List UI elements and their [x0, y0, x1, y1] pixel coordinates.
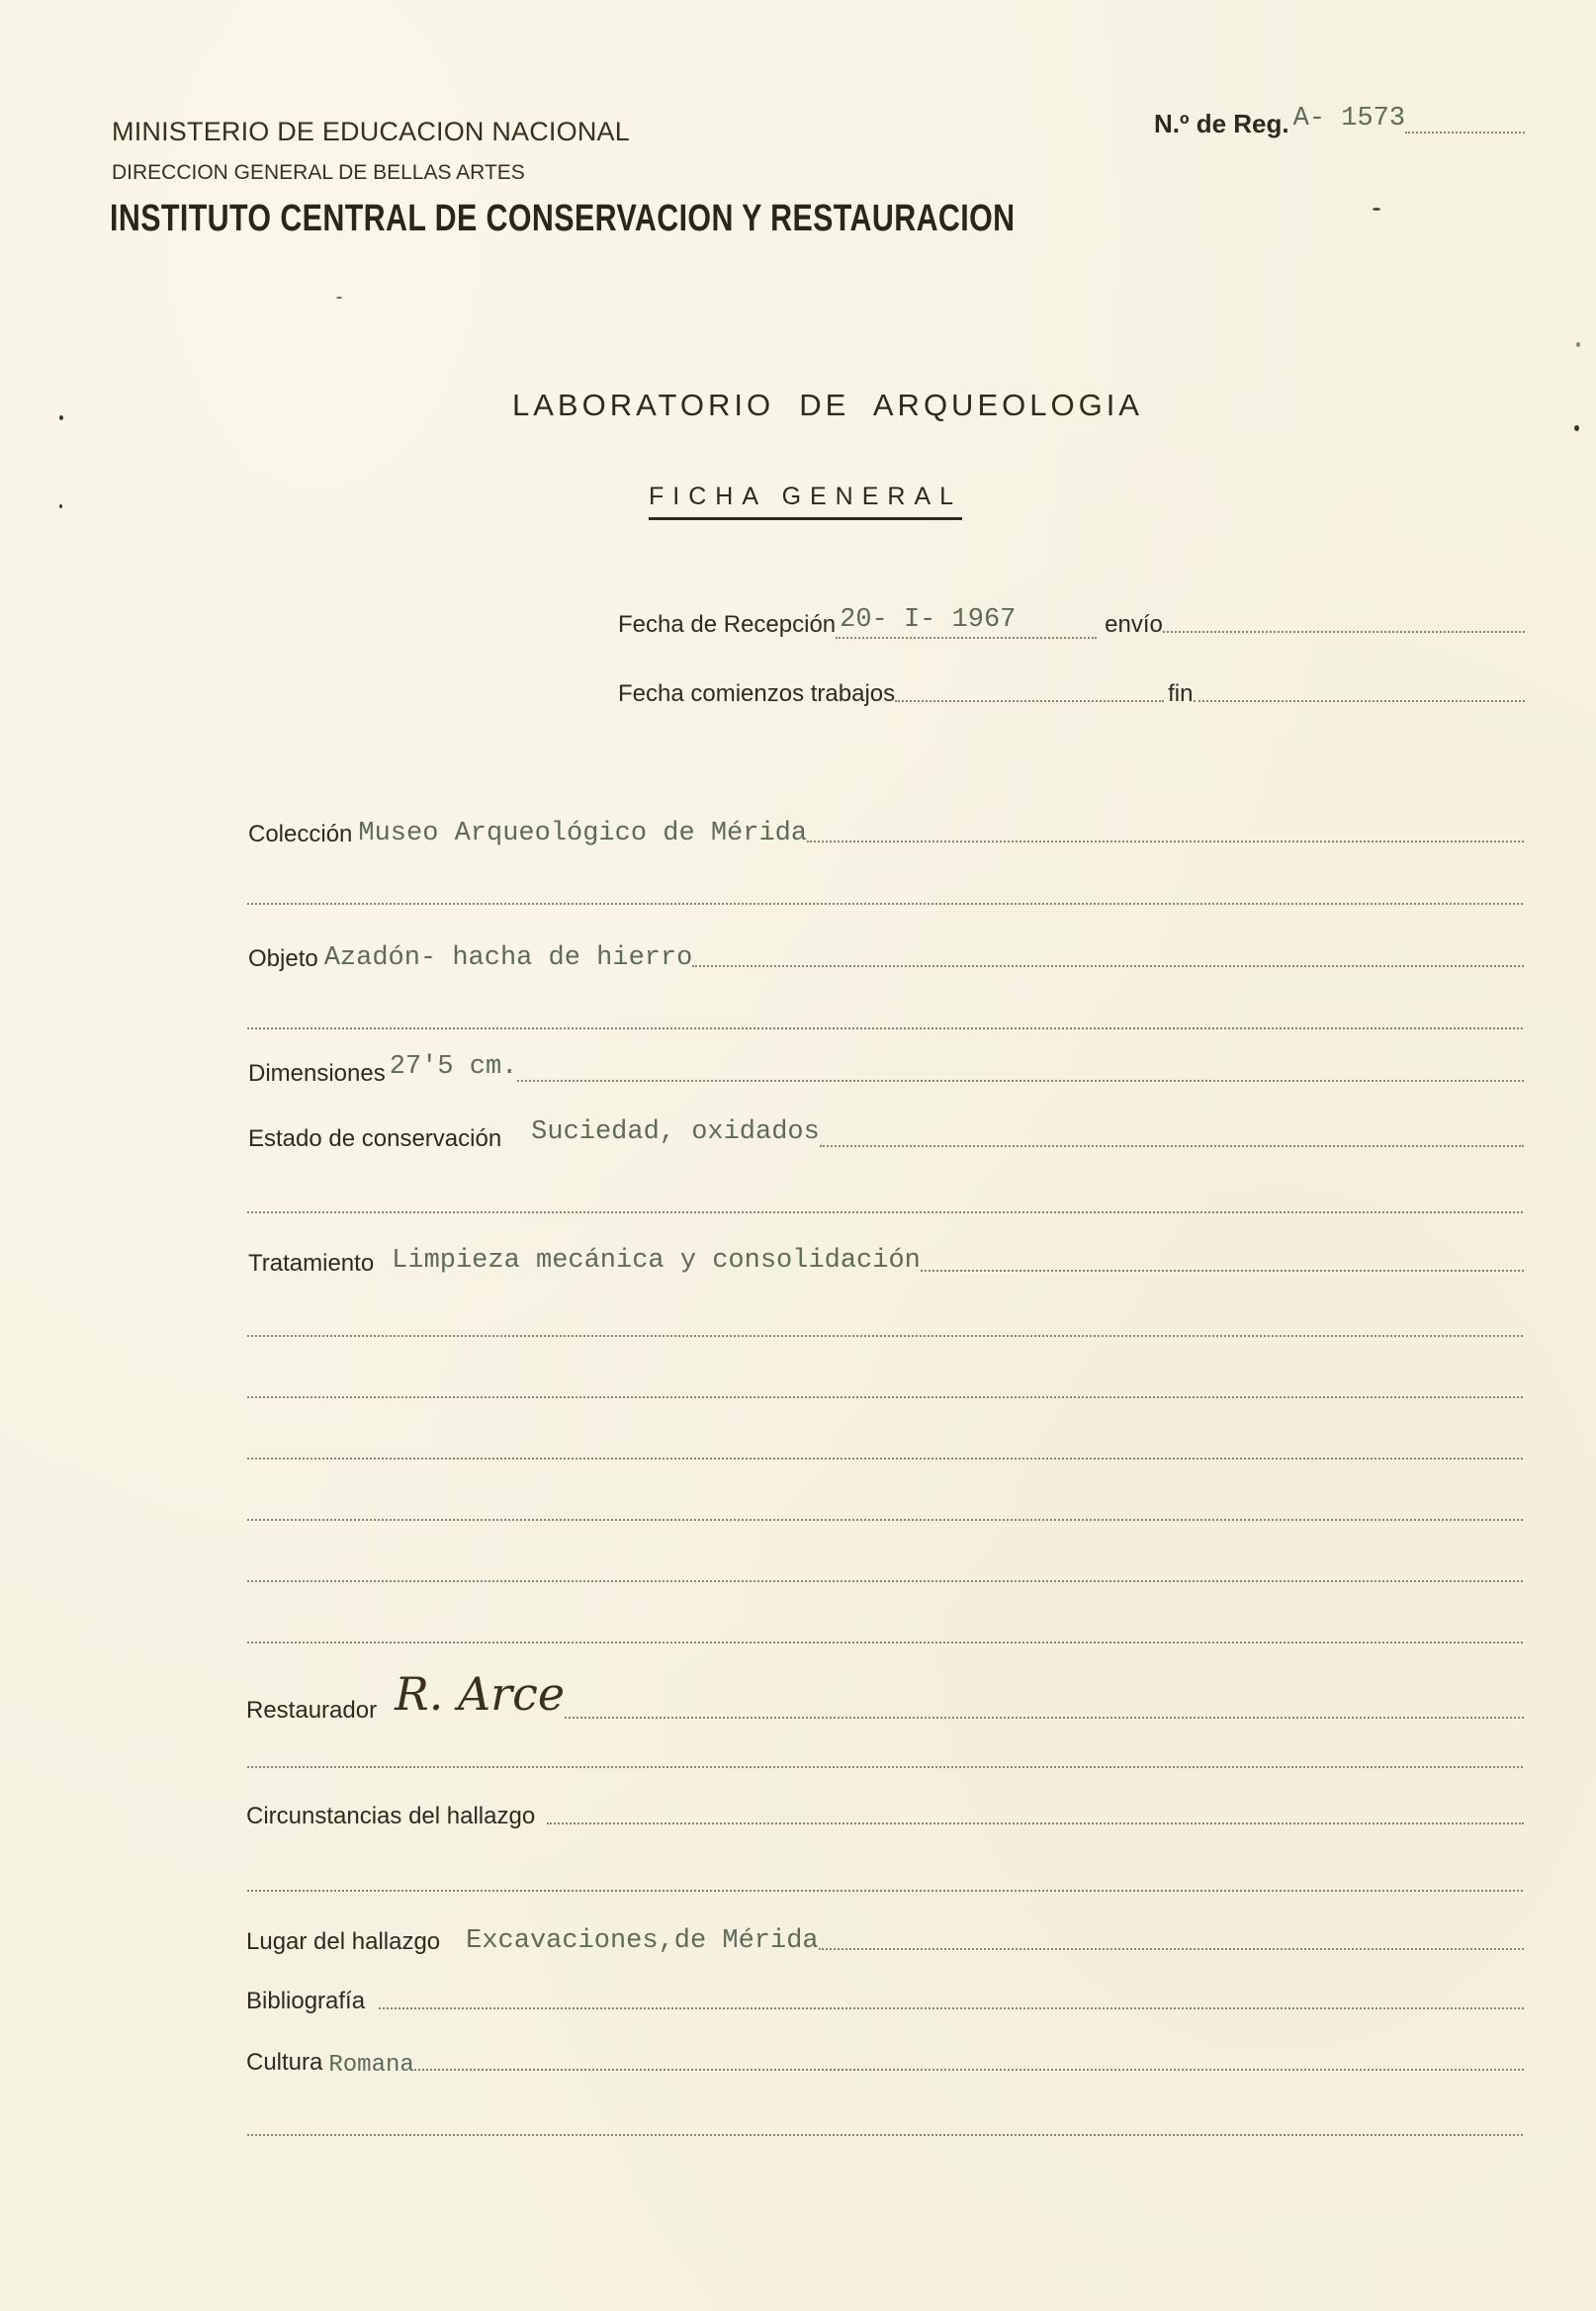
restorer-signature: R. Arce: [377, 1667, 565, 1721]
blank-line: [247, 1766, 1523, 1768]
condition-line: [820, 1145, 1524, 1147]
treatment-value: Limpieza mecánica y consolidación: [374, 1246, 921, 1276]
work-start-label: Fecha comienzos trabajos: [618, 680, 895, 708]
culture-row: Cultura Romana: [246, 2049, 1524, 2077]
dimensions-row: Dimensiones 27'5 cm.: [248, 1058, 1524, 1088]
blank-line: [247, 1335, 1523, 1337]
registration-label: N.º de Reg.: [1154, 109, 1289, 139]
institute-heading: INSTITUTO CENTRAL DE CONSERVACION Y REST…: [110, 198, 1016, 240]
dimensions-label: Dimensiones: [248, 1060, 386, 1088]
bibliography-line: [379, 2007, 1524, 2009]
work-end-value: [1194, 700, 1526, 702]
find-place-line: [819, 1948, 1524, 1950]
culture-value: Romana: [322, 2052, 413, 2079]
laboratory-title: LABORATORIO DE ARQUEOLOGIA: [0, 388, 1596, 423]
object-value: Azadón- hacha de hierro: [318, 943, 693, 973]
object-label: Objeto: [248, 945, 318, 973]
work-end-label: fin: [1164, 680, 1193, 708]
find-place-row: Lugar del hallazgo Excavaciones,de Mérid…: [246, 1926, 1524, 1956]
paper-speck: [1574, 425, 1579, 431]
collection-row: Colección Museo Arqueológico de Mérida: [248, 819, 1524, 848]
paper-speck: [336, 297, 342, 299]
treatment-row: Tratamiento Limpieza mecánica y consolid…: [248, 1248, 1524, 1278]
restorer-row: Restaurador R. Arce: [246, 1671, 1524, 1725]
object-line: [692, 965, 1524, 967]
collection-line: [807, 841, 1524, 843]
blank-line: [247, 1642, 1523, 1644]
culture-line: [414, 2069, 1524, 2071]
dimensions-value: 27'5 cm.: [386, 1052, 518, 1082]
condition-row: Estado de conservación Suciedad, oxidado…: [248, 1123, 1524, 1153]
culture-label: Cultura: [246, 2049, 322, 2077]
shipment-value: [1163, 631, 1525, 633]
collection-label: Colección: [248, 821, 352, 848]
condition-label: Estado de conservación: [248, 1125, 501, 1153]
paper-speck: [1576, 342, 1580, 347]
registration-value: A- 1573: [1289, 104, 1405, 133]
blank-line: [247, 1580, 1523, 1582]
restorer-label: Restaurador: [246, 1697, 377, 1725]
reception-date-row: Fecha de Recepción 20- I- 1967 envío: [618, 605, 1525, 639]
paper-speck: [1373, 208, 1380, 211]
work-dates-row: Fecha comienzos trabajos fin: [618, 680, 1525, 708]
ministry-heading: MINISTERIO DE EDUCACION NACIONAL: [112, 117, 630, 147]
find-circumstances-label: Circunstancias del hallazgo: [246, 1803, 535, 1830]
registration-line: [1405, 132, 1525, 133]
bibliography-row: Bibliografía: [246, 1988, 1524, 2015]
direction-heading: DIRECCION GENERAL DE BELLAS ARTES: [112, 161, 525, 185]
blank-line: [247, 903, 1523, 905]
bibliography-label: Bibliografía: [246, 1988, 365, 2015]
paper-speck: [59, 415, 63, 420]
paper-background: [0, 0, 1596, 2311]
reception-date-value: 20- I- 1967: [836, 605, 1097, 639]
treatment-label: Tratamiento: [248, 1250, 374, 1278]
restorer-line: [565, 1717, 1524, 1719]
dimensions-line: [517, 1080, 1524, 1082]
shipment-label: envío: [1097, 611, 1163, 639]
blank-line: [247, 1211, 1523, 1213]
find-circumstances-line: [547, 1822, 1524, 1824]
blank-line: [247, 1519, 1523, 1521]
condition-value: Suciedad, oxidados: [501, 1117, 820, 1147]
object-row: Objeto Azadón- hacha de hierro: [248, 943, 1524, 973]
work-start-value: [895, 700, 1164, 702]
blank-line: [247, 1458, 1523, 1460]
find-place-label: Lugar del hallazgo: [246, 1928, 440, 1956]
registration-field: N.º de Reg. A- 1573: [1154, 109, 1525, 139]
blank-line: [247, 1396, 1523, 1398]
paper-speck: [59, 504, 62, 508]
blank-line: [247, 1027, 1523, 1029]
collection-value: Museo Arqueológico de Mérida: [352, 819, 807, 848]
blank-line: [247, 1890, 1523, 1892]
find-place-value: Excavaciones,de Mérida: [440, 1926, 818, 1956]
form-title: FICHA GENERAL: [649, 483, 962, 520]
treatment-line: [921, 1270, 1524, 1272]
reception-date-label: Fecha de Recepción: [618, 611, 836, 639]
find-circumstances-row: Circunstancias del hallazgo: [246, 1803, 1524, 1830]
blank-line: [247, 2134, 1523, 2136]
